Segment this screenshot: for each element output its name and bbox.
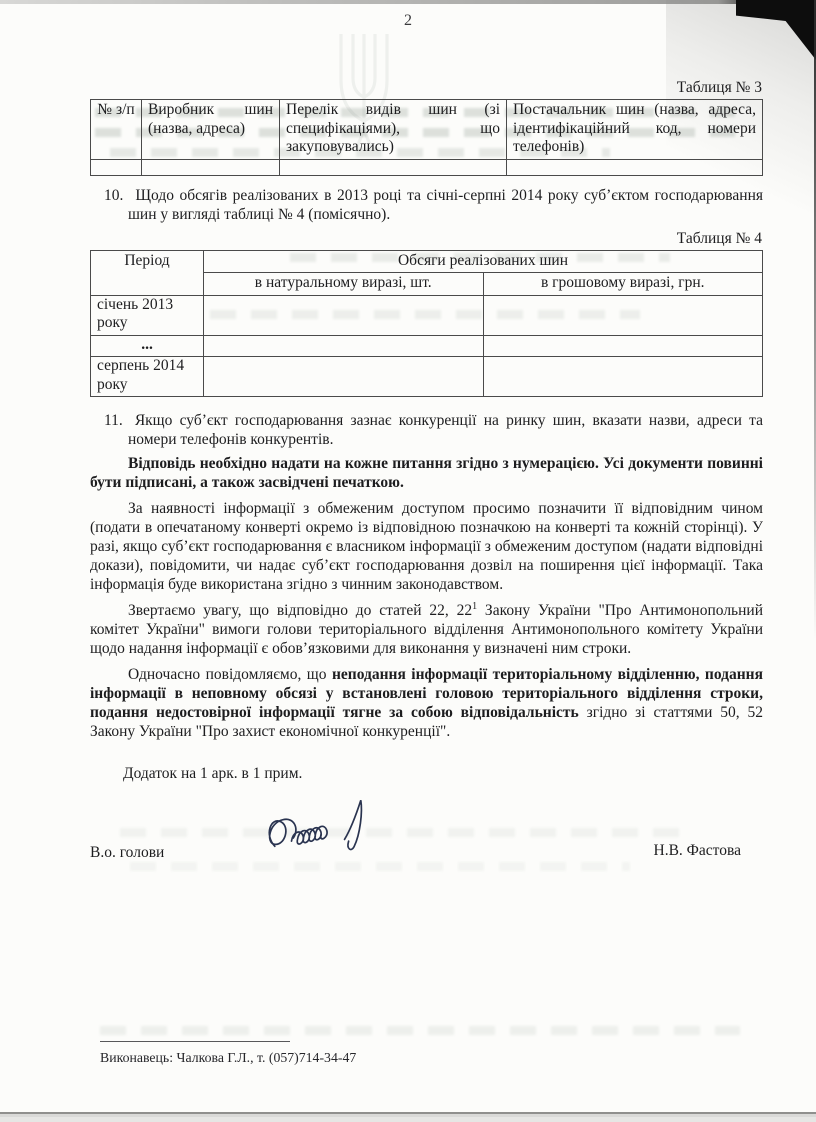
handwritten-signature <box>256 795 388 872</box>
table-cell <box>280 159 507 175</box>
table-header-cell: Постачальник шин (назва, адреса, ідентиф… <box>507 100 763 160</box>
table-row: № з/п Виробник шин (назва, адреса) Перел… <box>91 100 763 160</box>
scanned-document-page: 2 Таблиця № 3 № з/п Виробник шин (назва,… <box>0 0 816 1122</box>
table-cell <box>204 295 484 335</box>
executor-divider-line <box>100 1041 290 1042</box>
document-body: Таблиця № 3 № з/п Виробник шин (назва, а… <box>90 78 763 875</box>
liability-paragraph: Одночасно повідомляємо, що неподання інф… <box>90 665 763 741</box>
table-row: січень 2013 року <box>91 295 763 335</box>
table-header-cell: Обсяги реалізованих шин <box>204 250 763 273</box>
item-text: Якщо суб’єкт господарювання зазнає конку… <box>128 412 763 448</box>
bleedthrough-artifact <box>100 1026 740 1035</box>
scan-corner-fold-artifact <box>736 0 816 60</box>
table-cell: січень 2013 року <box>91 295 204 335</box>
executor-line: Виконавець: Чалкова Г.Л., т. (057)714-34… <box>100 1050 356 1066</box>
table-row: ... <box>91 335 763 357</box>
table-row: Період Обсяги реалізованих шин <box>91 250 763 273</box>
table-cell <box>483 295 763 335</box>
table-cell <box>204 357 484 397</box>
attachment-note: Додаток на 1 арк. в 1 прим. <box>90 764 763 783</box>
table-cell: серпень 2014 року <box>91 357 204 397</box>
table-4: Період Обсяги реалізованих шин в натурал… <box>90 250 763 398</box>
table-row <box>91 159 763 175</box>
table-cell <box>142 159 280 175</box>
item-text: Щодо обсягів реалізованих в 2013 році та… <box>128 187 763 223</box>
table-cell <box>483 335 763 357</box>
page-number: 2 <box>0 12 816 30</box>
table-header-cell: в грошовому виразі, грн. <box>483 273 763 296</box>
table-cell <box>507 159 763 175</box>
item-number: 10. <box>104 187 135 204</box>
table-cell <box>91 159 142 175</box>
table-3: № з/п Виробник шин (назва, адреса) Перел… <box>90 99 763 176</box>
table-cell <box>483 357 763 397</box>
table-cell <box>204 335 484 357</box>
table-header-cell: в натуральному виразі, шт. <box>204 273 484 296</box>
item-number: 11. <box>104 412 135 429</box>
attention-paragraph: Звертаємо увагу, що відповідно до статей… <box>90 601 763 658</box>
list-item-10: 10.Щодо обсягів реалізованих в 2013 році… <box>90 186 763 224</box>
signature-block: В.о. голови Н.В. Фастова <box>90 805 763 875</box>
list-item-11: 11.Якщо суб’єкт господарювання зазнає ко… <box>90 411 763 449</box>
table-header-cell: Період <box>91 250 204 295</box>
table-header-cell: № з/п <box>91 100 142 160</box>
table-cell: ... <box>91 335 204 357</box>
table3-caption: Таблиця № 3 <box>90 78 762 97</box>
bold-requirement-note: Відповідь необхідно надати на кожне пита… <box>90 454 763 492</box>
table4-caption: Таблиця № 4 <box>90 229 762 248</box>
table-header-cell: Перелік видів шин (зі специфікаціями), щ… <box>280 100 507 160</box>
table-row: серпень 2014 року <box>91 357 763 397</box>
liability-lead: Одночасно повідомляємо, що <box>128 666 332 683</box>
scan-top-edge-artifact <box>0 0 816 4</box>
attention-text: Звертаємо увагу, що відповідно до статей… <box>128 602 472 619</box>
restricted-info-paragraph: За наявності інформації з обмеженим дост… <box>90 499 763 594</box>
scan-bottom-edge-artifact <box>0 1112 816 1122</box>
table-header-cell: Виробник шин (назва, адреса) <box>142 100 280 160</box>
signer-name: Н.В. Фастова <box>654 841 741 860</box>
signer-role: В.о. голови <box>90 843 164 862</box>
